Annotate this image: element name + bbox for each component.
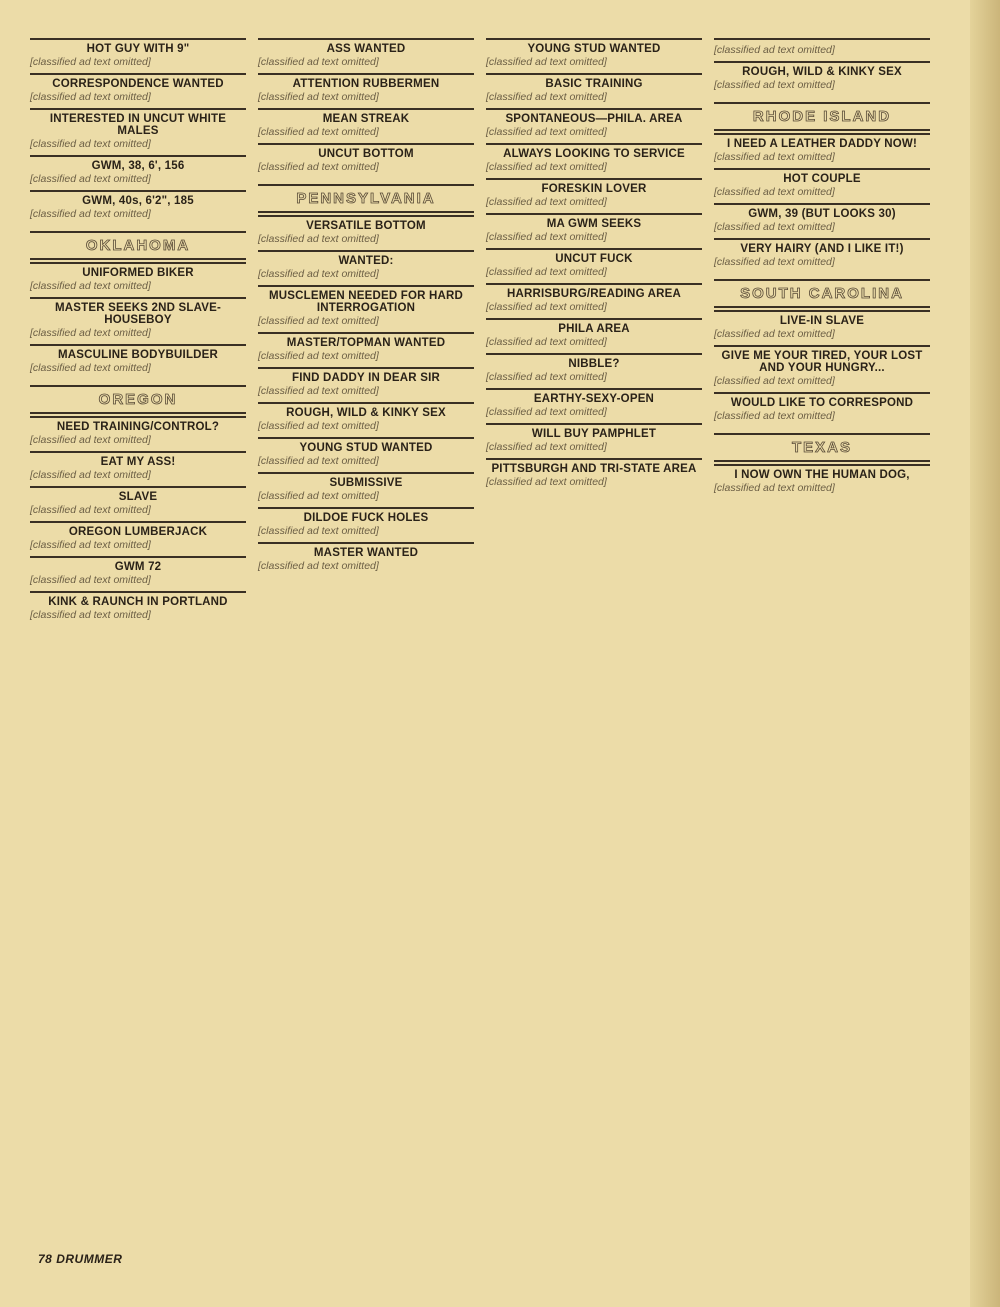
ad-body: [classified ad text omitted] <box>30 469 246 482</box>
classifieds-page: HOT GUY WITH 9"[classified ad text omitt… <box>30 38 930 1238</box>
ad-body: [classified ad text omitted] <box>30 173 246 186</box>
classified-ad: MASCULINE BODYBUILDER[classified ad text… <box>30 344 246 379</box>
ad-body: [classified ad text omitted] <box>486 336 702 349</box>
classified-ad: VERY HAIRY (AND I LIKE IT!)[classified a… <box>714 238 930 273</box>
ad-heading: MASTER SEEKS 2ND SLAVE-HOUSEBOY <box>30 302 246 326</box>
ad-body: [classified ad text omitted] <box>258 315 474 328</box>
ad-body: [classified ad text omitted] <box>30 574 246 587</box>
classified-ad: ATTENTION RUBBERMEN[classified ad text o… <box>258 73 474 108</box>
state-section-heading: OKLAHOMA <box>30 231 246 260</box>
ad-body: [classified ad text omitted] <box>486 301 702 314</box>
classified-ad: NIBBLE?[classified ad text omitted] <box>486 353 702 388</box>
ad-body: [classified ad text omitted] <box>714 328 930 341</box>
ad-heading: SLAVE <box>30 491 246 503</box>
ad-heading: YOUNG STUD WANTED <box>258 442 474 454</box>
classified-ad: I NEED A LEATHER DADDY NOW![classified a… <box>714 133 930 168</box>
classified-ad: SPONTANEOUS—PHILA. AREA[classified ad te… <box>486 108 702 143</box>
classified-ad: KINK & RAUNCH IN PORTLAND[classified ad … <box>30 591 246 626</box>
ad-body: [classified ad text omitted] <box>486 231 702 244</box>
ad-body: [classified ad text omitted] <box>258 525 474 538</box>
ad-heading: INTERESTED IN UNCUT WHITE MALES <box>30 113 246 137</box>
state-section-heading: TEXAS <box>714 433 930 462</box>
ad-heading: SUBMISSIVE <box>258 477 474 489</box>
ad-heading: GIVE ME YOUR TIRED, YOUR LOST AND YOUR H… <box>714 350 930 374</box>
ad-body: [classified ad text omitted] <box>258 455 474 468</box>
ad-body: [classified ad text omitted] <box>486 266 702 279</box>
classified-ad: SLAVE[classified ad text omitted] <box>30 486 246 521</box>
classified-ad: GWM 72[classified ad text omitted] <box>30 556 246 591</box>
ad-heading: LIVE-IN SLAVE <box>714 315 930 327</box>
ad-heading: ROUGH, WILD & KINKY SEX <box>714 66 930 78</box>
ad-body: [classified ad text omitted] <box>486 406 702 419</box>
classified-ad: VERSATILE BOTTOM[classified ad text omit… <box>258 215 474 250</box>
ad-heading: WOULD LIKE TO CORRESPOND <box>714 397 930 409</box>
ad-body: [classified ad text omitted] <box>30 91 246 104</box>
classified-ad: MUSCLEMEN NEEDED FOR HARD INTERROGATION[… <box>258 285 474 332</box>
ad-body: [classified ad text omitted] <box>714 410 930 423</box>
ad-body: [classified ad text omitted] <box>30 504 246 517</box>
ad-heading: NIBBLE? <box>486 358 702 370</box>
classified-ad: EAT MY ASS![classified ad text omitted] <box>30 451 246 486</box>
column-1: HOT GUY WITH 9"[classified ad text omitt… <box>30 38 246 1238</box>
ad-heading: ROUGH, WILD & KINKY SEX <box>258 407 474 419</box>
column-4: [classified ad text omitted]ROUGH, WILD … <box>714 38 930 1238</box>
state-section-heading: OREGON <box>30 385 246 414</box>
ad-body: [classified ad text omitted] <box>714 186 930 199</box>
ad-body: [classified ad text omitted] <box>486 91 702 104</box>
classified-ad: [classified ad text omitted] <box>714 38 930 61</box>
ad-body: [classified ad text omitted] <box>486 161 702 174</box>
ad-body: [classified ad text omitted] <box>486 441 702 454</box>
ad-body: [classified ad text omitted] <box>714 482 930 495</box>
ad-heading: GWM 72 <box>30 561 246 573</box>
classified-ad: UNIFORMED BIKER[classified ad text omitt… <box>30 262 246 297</box>
ad-heading: MUSCLEMEN NEEDED FOR HARD INTERROGATION <box>258 290 474 314</box>
ad-heading: PITTSBURGH AND TRI-STATE AREA <box>486 463 702 475</box>
page-number: 78 <box>38 1252 52 1266</box>
ad-heading: ATTENTION RUBBERMEN <box>258 78 474 90</box>
ad-heading: MA GWM SEEKS <box>486 218 702 230</box>
classified-ad: YOUNG STUD WANTED[classified ad text omi… <box>258 437 474 472</box>
ad-heading: FIND DADDY IN DEAR SIR <box>258 372 474 384</box>
classified-ad: MA GWM SEEKS[classified ad text omitted] <box>486 213 702 248</box>
ad-heading: HARRISBURG/READING AREA <box>486 288 702 300</box>
ad-heading: GWM, 39 (BUT LOOKS 30) <box>714 208 930 220</box>
ad-heading: SPONTANEOUS—PHILA. AREA <box>486 113 702 125</box>
ad-heading: VERY HAIRY (AND I LIKE IT!) <box>714 243 930 255</box>
ad-body: [classified ad text omitted] <box>30 362 246 375</box>
ad-body: [classified ad text omitted] <box>258 161 474 174</box>
classified-ad: MEAN STREAK[classified ad text omitted] <box>258 108 474 143</box>
ad-body: [classified ad text omitted] <box>714 44 930 57</box>
classified-ad: EARTHY-SEXY-OPEN[classified ad text omit… <box>486 388 702 423</box>
classified-ad: SUBMISSIVE[classified ad text omitted] <box>258 472 474 507</box>
classified-ad: WILL BUY PAMPHLET[classified ad text omi… <box>486 423 702 458</box>
ad-heading: DILDOE FUCK HOLES <box>258 512 474 524</box>
classified-ad: YOUNG STUD WANTED[classified ad text omi… <box>486 38 702 73</box>
classified-ad: I NOW OWN THE HUMAN DOG,[classified ad t… <box>714 464 930 499</box>
ad-body: [classified ad text omitted] <box>30 539 246 552</box>
classified-ad: GIVE ME YOUR TIRED, YOUR LOST AND YOUR H… <box>714 345 930 392</box>
classified-ad: FIND DADDY IN DEAR SIR[classified ad tex… <box>258 367 474 402</box>
ad-body: [classified ad text omitted] <box>258 420 474 433</box>
ad-heading: I NEED A LEATHER DADDY NOW! <box>714 138 930 150</box>
magazine-title: DRUMMER <box>56 1252 122 1266</box>
ad-heading: MASTER/TOPMAN WANTED <box>258 337 474 349</box>
classified-ad: HARRISBURG/READING AREA[classified ad te… <box>486 283 702 318</box>
ad-body: [classified ad text omitted] <box>258 560 474 573</box>
classified-ad: DILDOE FUCK HOLES[classified ad text omi… <box>258 507 474 542</box>
ad-body: [classified ad text omitted] <box>486 476 702 489</box>
ad-body: [classified ad text omitted] <box>30 280 246 293</box>
classified-ad: INTERESTED IN UNCUT WHITE MALES[classifi… <box>30 108 246 155</box>
classified-ad: UNCUT BOTTOM[classified ad text omitted] <box>258 143 474 178</box>
ad-heading: EARTHY-SEXY-OPEN <box>486 393 702 405</box>
ad-body: [classified ad text omitted] <box>258 91 474 104</box>
ad-body: [classified ad text omitted] <box>30 609 246 622</box>
ad-body: [classified ad text omitted] <box>30 56 246 69</box>
ad-body: [classified ad text omitted] <box>258 126 474 139</box>
classified-ad: UNCUT FUCK[classified ad text omitted] <box>486 248 702 283</box>
ad-body: [classified ad text omitted] <box>714 221 930 234</box>
classified-ad: FORESKIN LOVER[classified ad text omitte… <box>486 178 702 213</box>
ad-body: [classified ad text omitted] <box>486 126 702 139</box>
ad-heading: HOT GUY WITH 9" <box>30 43 246 55</box>
ad-heading: GWM, 40s, 6'2", 185 <box>30 195 246 207</box>
state-section-heading: PENNSYLVANIA <box>258 184 474 213</box>
ad-body: [classified ad text omitted] <box>258 56 474 69</box>
ad-heading: HOT COUPLE <box>714 173 930 185</box>
ad-heading: MASCULINE BODYBUILDER <box>30 349 246 361</box>
column-3: YOUNG STUD WANTED[classified ad text omi… <box>486 38 702 1238</box>
classified-ad: GWM, 40s, 6'2", 185[classified ad text o… <box>30 190 246 225</box>
classified-ad: ASS WANTED[classified ad text omitted] <box>258 38 474 73</box>
ad-body: [classified ad text omitted] <box>714 256 930 269</box>
classified-ad: WOULD LIKE TO CORRESPOND[classified ad t… <box>714 392 930 427</box>
ad-body: [classified ad text omitted] <box>258 385 474 398</box>
ad-body: [classified ad text omitted] <box>258 233 474 246</box>
classified-ad: CORRESPONDENCE WANTED[classified ad text… <box>30 73 246 108</box>
classified-ad: HOT GUY WITH 9"[classified ad text omitt… <box>30 38 246 73</box>
classified-ad: ROUGH, WILD & KINKY SEX[classified ad te… <box>714 61 930 96</box>
classified-ad: MASTER/TOPMAN WANTED[classified ad text … <box>258 332 474 367</box>
ad-heading: BASIC TRAINING <box>486 78 702 90</box>
ad-heading: ALWAYS LOOKING TO SERVICE <box>486 148 702 160</box>
classified-ad: WANTED:[classified ad text omitted] <box>258 250 474 285</box>
ad-body: [classified ad text omitted] <box>486 371 702 384</box>
ad-heading: UNCUT FUCK <box>486 253 702 265</box>
ad-body: [classified ad text omitted] <box>30 208 246 221</box>
ad-heading: NEED TRAINING/CONTROL? <box>30 421 246 433</box>
ad-body: [classified ad text omitted] <box>30 327 246 340</box>
page-edge <box>970 0 1000 1307</box>
classified-ad: GWM, 39 (BUT LOOKS 30)[classified ad tex… <box>714 203 930 238</box>
ad-heading: EAT MY ASS! <box>30 456 246 468</box>
ad-heading: OREGON LUMBERJACK <box>30 526 246 538</box>
ad-heading: VERSATILE BOTTOM <box>258 220 474 232</box>
ad-heading: KINK & RAUNCH IN PORTLAND <box>30 596 246 608</box>
ad-body: [classified ad text omitted] <box>30 434 246 447</box>
classified-ad: MASTER WANTED[classified ad text omitted… <box>258 542 474 577</box>
classified-ad: NEED TRAINING/CONTROL?[classified ad tex… <box>30 416 246 451</box>
ad-body: [classified ad text omitted] <box>714 375 930 388</box>
ad-heading: GWM, 38, 6', 156 <box>30 160 246 172</box>
ad-heading: MASTER WANTED <box>258 547 474 559</box>
classified-ad: BASIC TRAINING[classified ad text omitte… <box>486 73 702 108</box>
classified-ad: PHILA AREA[classified ad text omitted] <box>486 318 702 353</box>
ad-heading: PHILA AREA <box>486 323 702 335</box>
ad-heading: UNCUT BOTTOM <box>258 148 474 160</box>
ad-body: [classified ad text omitted] <box>714 151 930 164</box>
ad-body: [classified ad text omitted] <box>258 490 474 503</box>
ad-body: [classified ad text omitted] <box>30 138 246 151</box>
ad-body: [classified ad text omitted] <box>258 268 474 281</box>
classified-ad: PITTSBURGH AND TRI-STATE AREA[classified… <box>486 458 702 493</box>
page-footer: 78 DRUMMER <box>38 1252 122 1266</box>
ad-heading: I NOW OWN THE HUMAN DOG, <box>714 469 930 481</box>
classified-ad: ROUGH, WILD & KINKY SEX[classified ad te… <box>258 402 474 437</box>
ad-heading: YOUNG STUD WANTED <box>486 43 702 55</box>
ad-heading: WANTED: <box>258 255 474 267</box>
ad-heading: UNIFORMED BIKER <box>30 267 246 279</box>
column-2: ASS WANTED[classified ad text omitted]AT… <box>258 38 474 1238</box>
state-section-heading: RHODE ISLAND <box>714 102 930 131</box>
state-section-heading: SOUTH CAROLINA <box>714 279 930 308</box>
ad-heading: MEAN STREAK <box>258 113 474 125</box>
classified-ad: MASTER SEEKS 2ND SLAVE-HOUSEBOY[classifi… <box>30 297 246 344</box>
classified-ad: OREGON LUMBERJACK[classified ad text omi… <box>30 521 246 556</box>
classified-ad: LIVE-IN SLAVE[classified ad text omitted… <box>714 310 930 345</box>
classified-ad: ALWAYS LOOKING TO SERVICE[classified ad … <box>486 143 702 178</box>
ad-heading: ASS WANTED <box>258 43 474 55</box>
classified-ad: GWM, 38, 6', 156[classified ad text omit… <box>30 155 246 190</box>
ad-body: [classified ad text omitted] <box>486 196 702 209</box>
ad-heading: FORESKIN LOVER <box>486 183 702 195</box>
ad-body: [classified ad text omitted] <box>258 350 474 363</box>
ad-heading: CORRESPONDENCE WANTED <box>30 78 246 90</box>
ad-body: [classified ad text omitted] <box>714 79 930 92</box>
ad-heading: WILL BUY PAMPHLET <box>486 428 702 440</box>
ad-body: [classified ad text omitted] <box>486 56 702 69</box>
classified-ad: HOT COUPLE[classified ad text omitted] <box>714 168 930 203</box>
